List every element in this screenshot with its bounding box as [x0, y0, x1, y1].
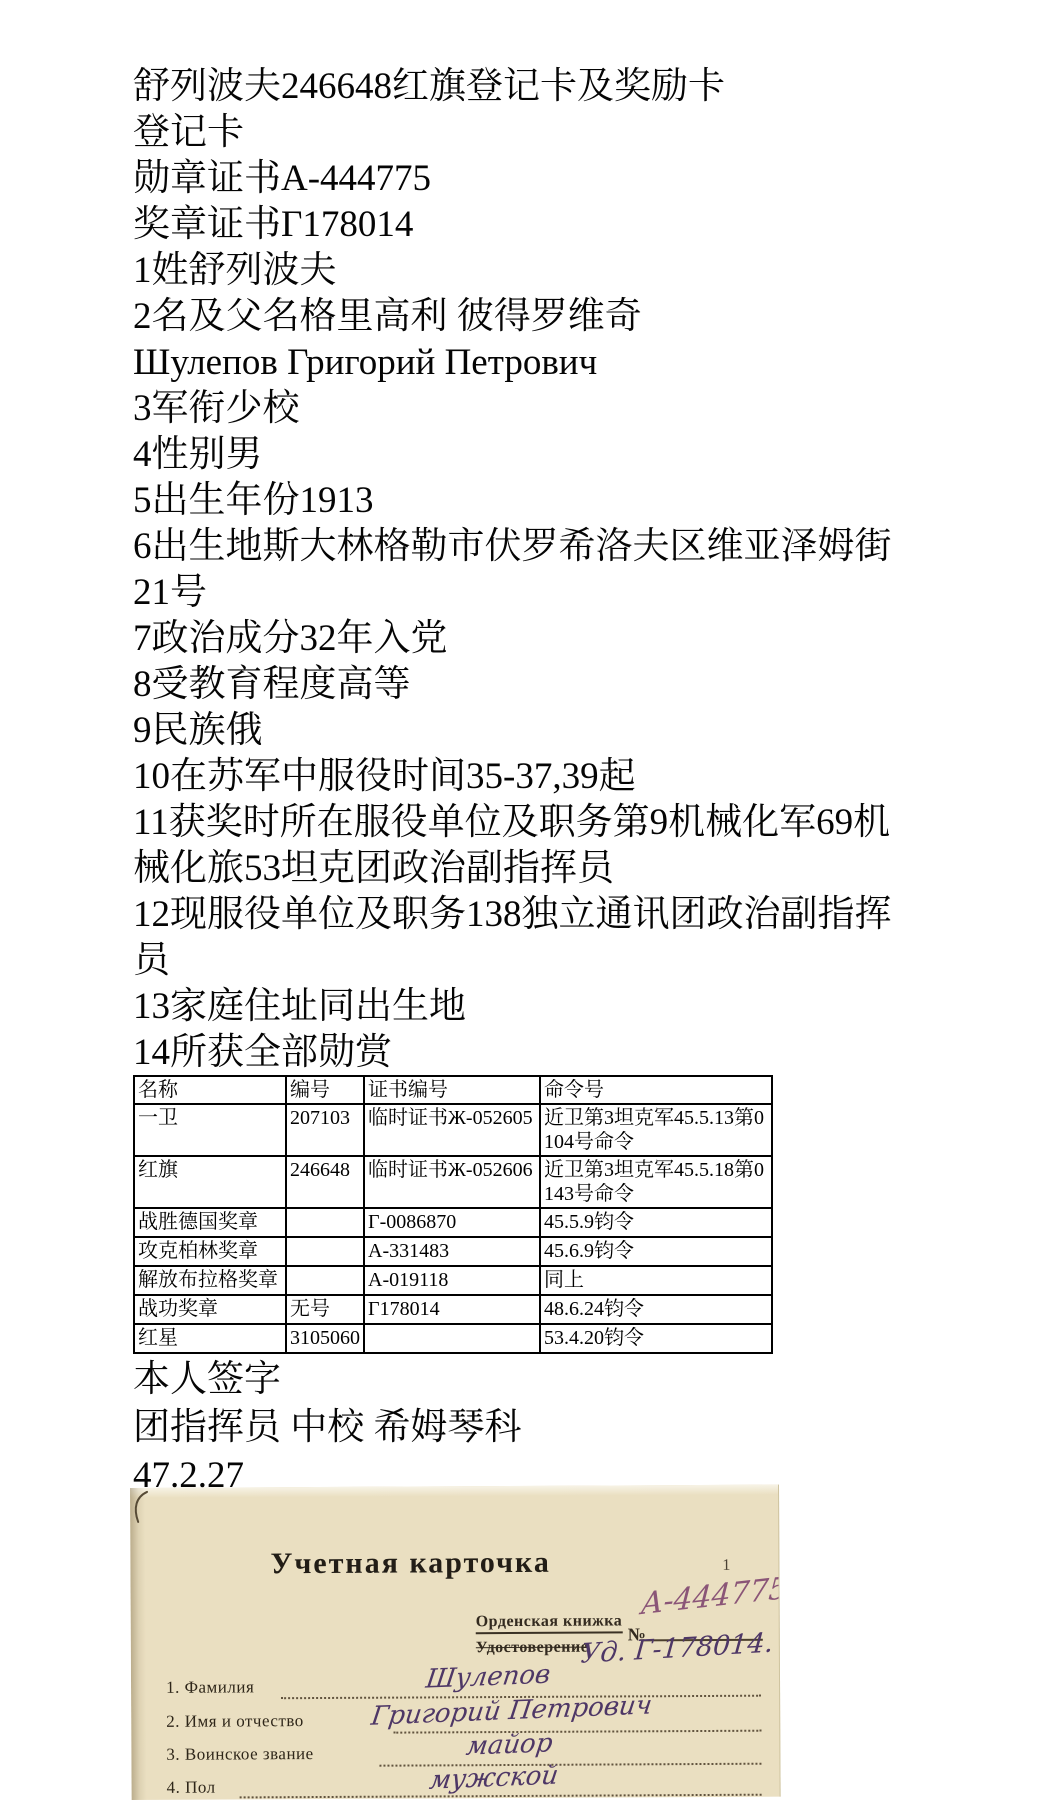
table-cell: A-019118 — [364, 1266, 540, 1295]
scan-document: Учетная карточка 1 Орденская книжка Удос… — [130, 1485, 781, 1800]
body-line: 勋章证书A-444775 — [133, 156, 933, 202]
body-line: 奖章证书Г178014 — [133, 202, 933, 248]
table-header-cell: 证书编号 — [364, 1076, 540, 1104]
table-cell: A-331483 — [364, 1237, 540, 1266]
table-cell — [286, 1208, 364, 1237]
form-field-value: Шулепов — [424, 1660, 552, 1695]
body-line: 21号 — [133, 570, 933, 616]
table-row: 战功奖章 无号 Г178014 48.6.24钧令 — [134, 1295, 772, 1324]
table-cell: Г-0086870 — [364, 1208, 540, 1237]
table-cell: 解放布拉格奖章 — [134, 1266, 286, 1295]
table-cell: 48.6.24钧令 — [540, 1295, 772, 1324]
table-cell: 一卫 — [134, 1104, 286, 1156]
table-cell: 战胜德国奖章 — [134, 1208, 286, 1237]
body-line: 4性别男 — [133, 432, 933, 478]
handwritten-order-number: А-444775 — [640, 1571, 781, 1623]
body-line: 10在苏军中服役时间35-37,39起 — [133, 754, 933, 800]
table-row: 攻克柏林奖章 A-331483 45.6.9钧令 — [134, 1237, 772, 1266]
table-header-cell: 编号 — [286, 1076, 364, 1104]
body-line: 9民族俄 — [133, 708, 933, 754]
table-row: 解放布拉格奖章 A-019118 同上 — [134, 1266, 772, 1295]
table-cell: 近卫第3坦克军45.5.13第0104号命令 — [540, 1104, 772, 1156]
table-cell: 无号 — [286, 1295, 364, 1324]
body-line: 6出生地斯大林格勒市伏罗希洛夫区维亚泽姆街 — [133, 524, 933, 570]
table-cell: 临时证书Ж-052605 — [364, 1104, 540, 1156]
form-field-value: майор — [464, 1728, 554, 1762]
handwritten-certificate-number: Уд. Г-178014. — [580, 1627, 775, 1669]
page-curl-mark — [131, 1490, 153, 1524]
form-field-line — [393, 1730, 761, 1734]
order-book-label: Орденская книжка — [476, 1612, 623, 1634]
form-field-label: 1. Фамилия — [166, 1677, 254, 1697]
paper-top-edge — [130, 1485, 778, 1498]
table-cell: 45.5.9钧令 — [540, 1208, 772, 1237]
body-line: 2名及父名格里高利 彼得罗维奇 — [133, 294, 933, 340]
body-line: 械化旅53坦克团政治副指挥员 — [133, 846, 933, 892]
table-cell — [286, 1237, 364, 1266]
table-cell — [286, 1266, 364, 1295]
table-cell: 近卫第3坦克军45.5.18第0143号命令 — [540, 1156, 772, 1208]
table-cell: 攻克柏林奖章 — [134, 1237, 286, 1266]
form-field-value: мужской — [428, 1760, 561, 1795]
body-line: 3军衔少校 — [133, 386, 933, 432]
body-line: 11获奖时所在服役单位及职务第9机械化军69机 — [133, 800, 933, 846]
table-cell: 红星 — [134, 1324, 286, 1353]
form-field-label: 2. Имя и отчество — [166, 1711, 304, 1732]
body-line: 13家庭住址同出生地 — [133, 984, 933, 1030]
table-cell: 3105060 — [286, 1324, 364, 1353]
body-line: Шулепов Григорий Петрович — [133, 340, 933, 386]
body-line: 8受教育程度高等 — [133, 662, 933, 708]
table-row: 红星 3105060 53.4.20钧令 — [134, 1324, 772, 1353]
page-number-mark: 1 — [722, 1557, 730, 1575]
table-cell: 红旗 — [134, 1156, 286, 1208]
awards-table: 名称 编号 证书编号 命令号 一卫 207103 临时证书Ж-052605 近卫… — [133, 1075, 773, 1354]
body-line: 14所获全部勋赏 — [133, 1030, 933, 1076]
body-line: 员 — [133, 938, 933, 984]
signature-line: 本人签字 — [133, 1356, 522, 1404]
form-field-line — [240, 1794, 762, 1799]
body-line: 5出生年份1913 — [133, 478, 933, 524]
signature-line: 团指挥员 中校 希姆琴科 — [133, 1404, 522, 1452]
body-text-block: 舒列波夫246648红旗登记卡及奖励卡 登记卡 勋章证书A-444775 奖章证… — [133, 64, 933, 1076]
table-row: 一卫 207103 临时证书Ж-052605 近卫第3坦克军45.5.13第01… — [134, 1104, 772, 1156]
table-header-cell: 名称 — [134, 1076, 286, 1104]
body-line: 登记卡 — [133, 110, 933, 156]
table-cell: 临时证书Ж-052606 — [364, 1156, 540, 1208]
paper-left-shadow — [130, 1488, 147, 1800]
table-header-row: 名称 编号 证书编号 命令号 — [134, 1076, 772, 1104]
document-page: 舒列波夫246648红旗登记卡及奖励卡 登记卡 勋章证书A-444775 奖章证… — [0, 0, 1040, 1800]
table-cell: 同上 — [540, 1266, 772, 1295]
table-header-cell: 命令号 — [540, 1076, 772, 1104]
table-cell: 246648 — [286, 1156, 364, 1208]
table-cell: 53.4.20钧令 — [540, 1324, 772, 1353]
body-line: 12现服役单位及职务138独立通讯团政治副指挥 — [133, 892, 933, 938]
table-cell: 207103 — [286, 1104, 364, 1156]
body-line: 1姓舒列波夫 — [133, 248, 933, 294]
signature-block: 本人签字 团指挥员 中校 希姆琴科 47.2.27 — [133, 1356, 522, 1500]
table-cell: 战功奖章 — [134, 1295, 286, 1324]
scan-title: Учетная карточка — [270, 1546, 551, 1581]
table-row: 战胜德国奖章 Г-0086870 45.5.9钧令 — [134, 1208, 772, 1237]
body-line: 7政治成分32年入党 — [133, 616, 933, 662]
table-row: 红旗 246648 临时证书Ж-052606 近卫第3坦克军45.5.18第01… — [134, 1156, 772, 1208]
table-cell: 45.6.9钧令 — [540, 1237, 772, 1266]
certificate-label: Удостоверение — [476, 1639, 589, 1658]
form-field-label: 3. Воинское звание — [166, 1744, 313, 1765]
table-cell: Г178014 — [364, 1295, 540, 1324]
body-line: 舒列波夫246648红旗登记卡及奖励卡 — [133, 64, 933, 110]
form-field-label: 4. Пол — [167, 1778, 216, 1798]
table-cell — [364, 1324, 540, 1353]
